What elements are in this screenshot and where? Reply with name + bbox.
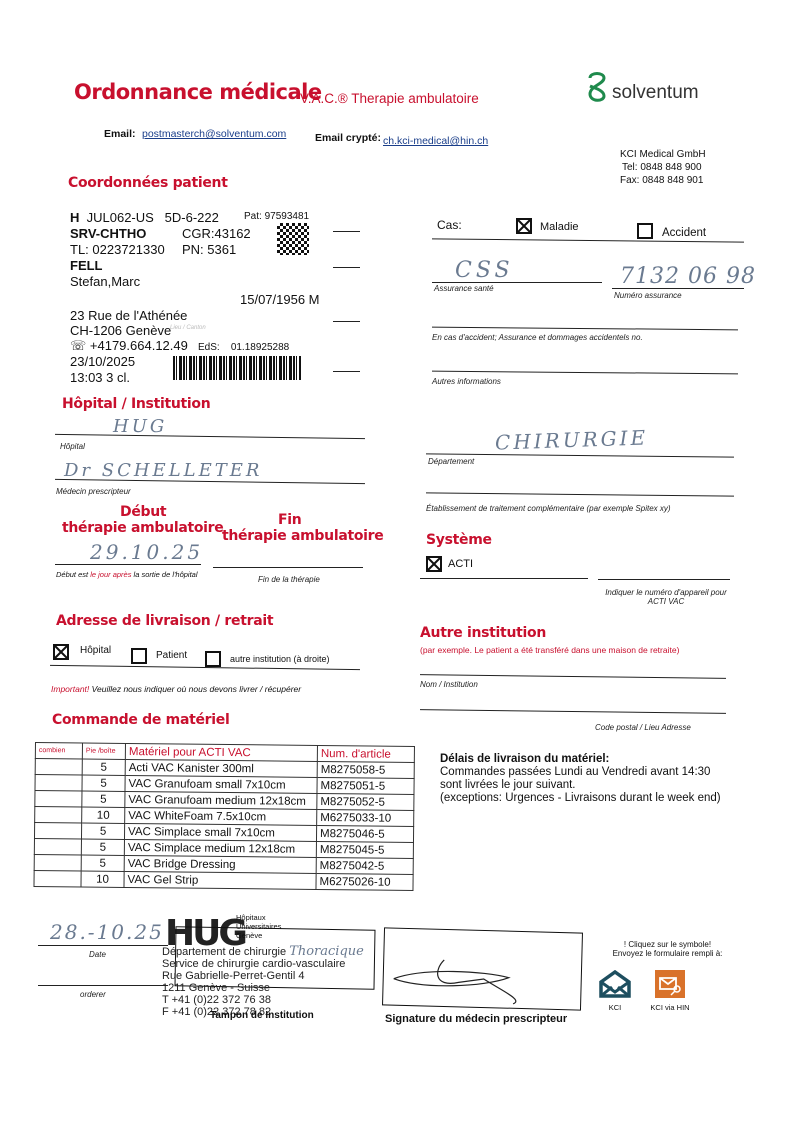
fin-label: Fin de la thérapie <box>258 575 320 584</box>
option-patient: Patient <box>156 650 187 661</box>
patient-pat: Pat: 97593481 <box>244 211 309 222</box>
form-subtitle: V.A.C.® Therapie ambulatoire <box>300 91 479 106</box>
send-hin-button[interactable]: KCI via HIN <box>646 970 694 1012</box>
option-maladie: Maladie <box>540 221 579 233</box>
stamp-l3: Rue Gabrielle-Perret-Gentil 4 <box>162 970 364 982</box>
delais-line1: Commandes passées Lundi au Vendredi avan… <box>440 766 721 779</box>
solventum-s-icon <box>584 72 610 106</box>
pie-cell: 5 <box>82 775 125 791</box>
patient-line1: H JUL062-US 5D-6-222 <box>70 210 219 225</box>
envelope-open-icon <box>599 970 631 998</box>
patient-address1: 23 Rue de l'Athénée <box>70 308 187 323</box>
stamp-l1: Département de chirurgie <box>162 946 286 958</box>
stamp-l5: T +41 (0)22 372 76 38 <box>162 994 364 1006</box>
checkbox-patient[interactable] <box>131 648 147 664</box>
section-patient: Coordonnées patient <box>68 175 228 191</box>
etablissement-label: Établissement de traitement complémentai… <box>426 504 671 513</box>
solventum-logo <box>584 72 610 111</box>
envelope-key-icon <box>655 970 685 998</box>
signature-box[interactable] <box>382 927 583 1010</box>
option-hopital: Hôpital <box>80 645 111 656</box>
stamp-text: Département de chirurgie Thoracique Serv… <box>162 946 364 1018</box>
patient-address2: CH-1206 Genève <box>70 323 171 338</box>
section-livraison: Adresse de livraison / retrait <box>56 613 273 629</box>
combien-cell[interactable] <box>35 791 82 807</box>
send-note: ! Cliquez sur le symbole! Envoyez le for… <box>600 940 735 958</box>
departement-label: Département <box>428 457 474 466</box>
company-info: KCI Medical GmbH Tel: 0848 848 900 Fax: … <box>620 148 706 187</box>
fin-title1: Fin <box>278 512 301 528</box>
stamp-l2: Service de chirurgie cardio-vasculaire <box>162 958 364 970</box>
patient-firstname: Stefan,Marc <box>70 274 140 289</box>
patient-room: 5D-6-222 <box>165 210 219 225</box>
important-label: Important! <box>51 684 89 694</box>
pie-cell: 10 <box>81 871 124 887</box>
combien-cell[interactable] <box>34 838 81 854</box>
combien-cell[interactable] <box>34 870 81 886</box>
checkbox-accident[interactable] <box>637 223 653 239</box>
hopital-label: Hôpital <box>60 442 85 451</box>
numero-assurance-label: Numéro assurance <box>614 291 682 300</box>
click-note1: ! Cliquez sur le symbole! <box>600 940 735 949</box>
accident-label: En cas d'accident; Assurance et dommages… <box>432 333 643 342</box>
article-cell: M8275042-5 <box>316 857 413 874</box>
company-fax: Fax: 0848 848 901 <box>620 174 706 187</box>
materiel-row: 10VAC Gel StripM6275026-10 <box>34 870 413 890</box>
option-autre-institution: autre institution (à droite) <box>230 654 330 664</box>
section-autre-institution: Autre institution <box>420 625 546 641</box>
article-cell: M8275046-5 <box>316 825 413 842</box>
delais-line3: (exceptions: Urgences - Livraisons duran… <box>440 792 721 805</box>
debut-note-b: le jour après <box>90 570 131 579</box>
col-article: Num. d'article <box>317 745 414 762</box>
combien-cell[interactable] <box>35 759 82 775</box>
date-label: Date <box>89 950 106 959</box>
materiel-table: combien Pie /boîte Matériel pour ACTI VA… <box>33 742 414 891</box>
pie-cell: 5 <box>82 791 125 807</box>
fin-title2: thérapie ambulatoire <box>222 528 383 544</box>
article-cell: M6275026-10 <box>316 873 413 890</box>
checkbox-autre-institution[interactable] <box>205 651 221 667</box>
pie-cell: 5 <box>81 839 124 855</box>
company-tel: Tel: 0848 848 900 <box>620 161 706 174</box>
email-crypt-label: Email crypté: <box>315 132 381 144</box>
pat-value: 97593481 <box>265 211 310 222</box>
date-value[interactable]: 28.-10.25 <box>50 920 164 944</box>
section-hopital: Hôpital / Institution <box>62 396 210 412</box>
debut-title1: Début <box>120 504 166 520</box>
orderer-label: orderer <box>80 990 106 999</box>
patient-h: H <box>70 210 79 225</box>
materiel-cell: VAC Gel Strip <box>124 871 316 889</box>
checkbox-acti[interactable] <box>426 556 442 572</box>
materiel-cell: VAC Bridge Dressing <box>124 855 316 873</box>
section-commande: Commande de matériel <box>52 712 229 728</box>
signature-label: Signature du médecin prescripteur <box>385 1013 567 1025</box>
section-systeme: Système <box>426 532 492 548</box>
barcode <box>173 356 301 380</box>
combien-cell[interactable] <box>34 854 81 870</box>
debut-value[interactable]: 29.10.25 <box>90 540 203 564</box>
pat-label: Pat: <box>244 211 262 222</box>
patient-tl: TL: 0223721330 <box>70 242 165 257</box>
departement-value[interactable]: CHIRURGIE <box>495 425 649 454</box>
patient-eds: EdS: 01.18925288 <box>198 342 289 353</box>
debut-title2: thérapie ambulatoire <box>62 520 223 536</box>
cas-label: Cas: <box>437 218 462 232</box>
debut-note: Début est le jour après la sortie de l'h… <box>56 570 198 579</box>
col-combien: combien <box>35 743 82 759</box>
livraison-note: Important! Veuillez nous indiquer où nou… <box>51 684 301 694</box>
numero-assurance-value[interactable]: 7132 06 98 <box>620 264 756 289</box>
eds-label: EdS: <box>198 342 220 353</box>
form-title: Ordonnance médicale <box>74 80 322 104</box>
combien-cell[interactable] <box>35 807 82 823</box>
patient-phone-number: +4179.664.12.49 <box>90 338 188 353</box>
assurance-value[interactable]: CSS <box>455 258 514 283</box>
delais-title: Délais de livraison du matériel: <box>440 753 721 766</box>
brand-name: solventum <box>612 82 699 104</box>
send-kci-label: KCI <box>598 1003 632 1012</box>
patient-code: JUL062-US <box>87 210 154 225</box>
pie-cell: 5 <box>82 759 125 775</box>
stamp-label: Tampon de Institution <box>210 1010 314 1021</box>
pie-cell: 10 <box>82 807 125 823</box>
delais-line2: sont livrées le jour suivant. <box>440 779 721 792</box>
combien-cell[interactable] <box>35 775 82 791</box>
send-hin-label: KCI via HIN <box>646 1003 694 1012</box>
qr-code <box>277 223 309 255</box>
combien-cell[interactable] <box>34 823 81 839</box>
stamp-hand: Thoracique <box>289 944 364 959</box>
delais-info: Délais de livraison du matériel: Command… <box>440 753 721 805</box>
patient-pn: PN: 5361 <box>182 242 236 257</box>
patient-phone: ☏ +4179.664.12.49 <box>70 338 188 354</box>
device-label: Indiquer le numéro d'appareil pour ACTI … <box>603 588 729 606</box>
company-name: KCI Medical GmbH <box>620 148 706 161</box>
phone-icon: ☏ <box>70 338 86 353</box>
article-cell: M6275033-10 <box>317 809 414 826</box>
nom-institution-label: Nom / Institution <box>420 680 478 689</box>
patient-time: 13:03 3 cl. <box>70 370 130 385</box>
patient-cgr: CGR:43162 <box>182 226 251 241</box>
autres-label: Autres informations <box>432 377 501 386</box>
send-kci-button[interactable]: KCI <box>598 970 632 1012</box>
stamp-l4: 1211 Genève - Suisse <box>162 982 364 994</box>
eds-value: 01.18925288 <box>231 342 289 353</box>
article-cell: M8275045-5 <box>316 841 413 858</box>
patient-service: SRV-CHTHO <box>70 226 146 241</box>
email-label: Email: <box>104 128 136 140</box>
medecin-label: Médecin prescripteur <box>56 487 131 496</box>
pie-cell: 5 <box>81 823 124 839</box>
article-cell: M8275051-5 <box>317 777 414 794</box>
click-note2: Envoyez le formulaire rempli à: <box>600 949 735 958</box>
medecin-value[interactable]: Dr SCHELLETER <box>64 460 262 481</box>
email-link[interactable]: postmasterch@solventum.com <box>142 128 286 140</box>
signature-scribble-icon <box>383 928 582 1009</box>
option-acti: ACTI <box>448 558 473 570</box>
code-postal-label: Code postal / Lieu Adresse <box>595 723 691 732</box>
patient-dob: 15/07/1956 M <box>240 292 320 307</box>
article-cell: M8275052-5 <box>317 793 414 810</box>
email-crypt-link[interactable]: ch.kci-medical@hin.ch <box>383 135 488 147</box>
assurance-label: Assurance santé <box>434 284 494 293</box>
checkbox-maladie[interactable] <box>516 218 532 234</box>
stamp-org1: Hôpitaux <box>236 913 281 922</box>
col-pie: Pie /boîte <box>82 743 125 759</box>
checkbox-hopital[interactable] <box>53 644 69 660</box>
pie-cell: 5 <box>81 855 124 871</box>
livraison-note-text: Veuillez nous indiquer où nous devons li… <box>89 684 301 694</box>
option-accident: Accident <box>662 227 706 239</box>
faint-lieu-label: Lieu / Canton <box>170 325 206 331</box>
debut-note-c: la sortie de l'hôpital <box>131 570 197 579</box>
patient-date: 23/10/2025 <box>70 354 135 369</box>
autre-institution-sub: (par exemple. Le patient a été transféré… <box>420 645 679 655</box>
debut-note-a: Début est <box>56 570 90 579</box>
patient-lastname: FELL <box>70 258 103 273</box>
article-cell: M8275058-5 <box>317 761 414 778</box>
